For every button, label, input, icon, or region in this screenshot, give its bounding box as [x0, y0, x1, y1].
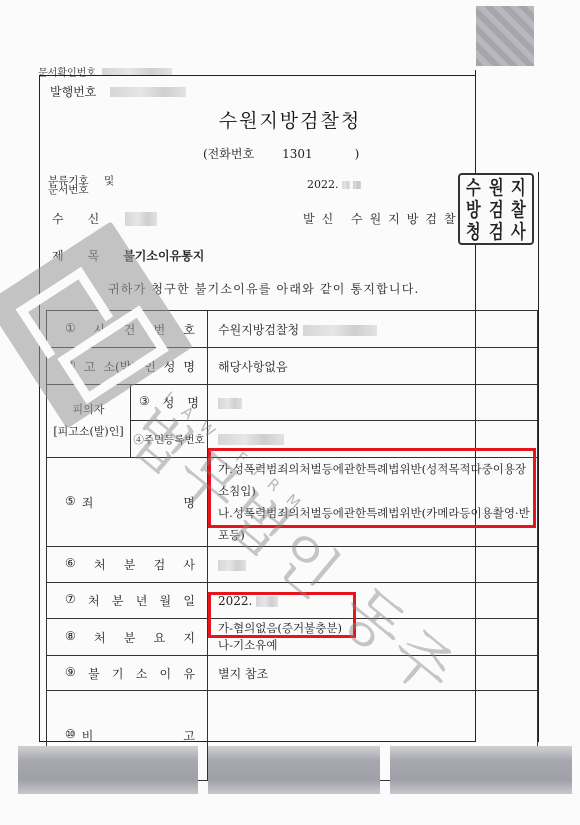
phone-number: 1301 [282, 147, 313, 161]
table-row-nonprosecution-reason: ⑨불기소이유 별지 참조 [47, 656, 538, 691]
seal-glyph: 찰 [510, 199, 528, 221]
issue-number: 발행번호 [50, 83, 186, 100]
seal-glyph: 청 [464, 221, 482, 243]
label-disposition-summary: ⑧처분요지 [47, 619, 208, 656]
sender: 발신 수원지방검찰 [303, 210, 463, 227]
highlight-box-disposition [208, 592, 356, 638]
suspect-name-redacted [218, 398, 242, 409]
notice-table: ①사건번호 수원지방검찰청 ②고소(발)인성명 해당사항없음 피의자 [피고소(… [46, 310, 538, 781]
date-day-redacted [353, 181, 361, 189]
agency-title: 수원지방검찰청 [0, 106, 580, 133]
label-disposition-date: ⑦처분년월일 [47, 583, 208, 619]
scanned-document: 문서확인번호 발행번호 수원지방검찰청 (전화번호1301) 분류기호 문서번호… [0, 0, 580, 825]
label-suspect-name: ③성명 [131, 385, 208, 421]
value-prosecutor [208, 547, 538, 583]
phone-suffix: ) [355, 147, 360, 161]
subject-value: 불기소이유통지 [123, 247, 204, 264]
footer-redacted-2 [208, 746, 380, 794]
classification-label: 분류기호 문서번호 및 [48, 177, 89, 195]
seal-glyph: 수 [464, 177, 482, 199]
footer-redacted-3 [390, 746, 572, 794]
highlight-box-charge [208, 448, 536, 528]
date-year: 2022. [307, 178, 339, 191]
label-charge: ⑤죄명 [47, 458, 208, 547]
classify-and: 및 [104, 177, 114, 186]
phone-line: (전화번호1301) [203, 145, 359, 162]
phone-prefix: (전화번호 [203, 147, 254, 161]
table-row-complainant: ②고소(발)인성명 해당사항없음 [47, 348, 538, 385]
label-nonprosecution-reason: ⑨불기소이유 [47, 656, 208, 691]
subject: 제목 불기소이유통지 [52, 247, 204, 264]
value-complainant: 해당사항없음 [208, 348, 538, 385]
table-row-prosecutor: ⑥처분검사 [47, 547, 538, 583]
issue-date: 2022. [307, 178, 361, 191]
issue-value-redacted [110, 87, 186, 97]
case-number-redacted [303, 325, 377, 336]
seal-glyph: 사 [510, 221, 528, 243]
table-row-suspect-name: 피의자 [피고소(발)인] ③성명 [47, 385, 538, 421]
seal-glyph: 방 [464, 199, 482, 221]
notice-text: 귀하가 청구한 불기소이유를 아래와 같이 통지합니다. [108, 280, 420, 297]
qr-code-redacted [476, 6, 534, 66]
subject-label: 제목 [52, 247, 123, 264]
label-suspect-group: 피의자 [피고소(발)인] [47, 385, 131, 458]
seal-glyph: 원 [487, 177, 505, 199]
frame-right-edge-outer [538, 172, 539, 742]
date-month-redacted [342, 181, 350, 189]
value-suspect-name [208, 385, 538, 421]
prosecutor-redacted [218, 560, 246, 571]
value-nonprosecution-reason: 별지 참조 [208, 656, 538, 691]
label-resident-number: ④주민등록번호 [131, 421, 208, 458]
seal-glyph: 지 [510, 177, 528, 199]
seal-glyph: 검 [487, 221, 505, 243]
seal-glyph: 검 [487, 199, 505, 221]
label-prosecutor: ⑥처분검사 [47, 547, 208, 583]
value-case-number: 수원지방검찰청 [208, 311, 538, 348]
footer-redacted-1 [18, 746, 198, 794]
label-complainant: ②고소(발)인성명 [47, 348, 208, 385]
official-seal-icon: 수원지방검찰청검사 [458, 173, 534, 245]
resident-number-redacted [218, 434, 284, 445]
classify-line2: 문서번호 [48, 186, 89, 195]
recipient-value-redacted [125, 212, 157, 226]
table-row-case-number: ①사건번호 수원지방검찰청 [47, 311, 538, 348]
recipient: 수신 [52, 210, 157, 227]
label-case-number: ①사건번호 [47, 311, 208, 348]
issue-label: 발행번호 [50, 83, 96, 100]
recipient-label: 수신 [52, 210, 123, 227]
